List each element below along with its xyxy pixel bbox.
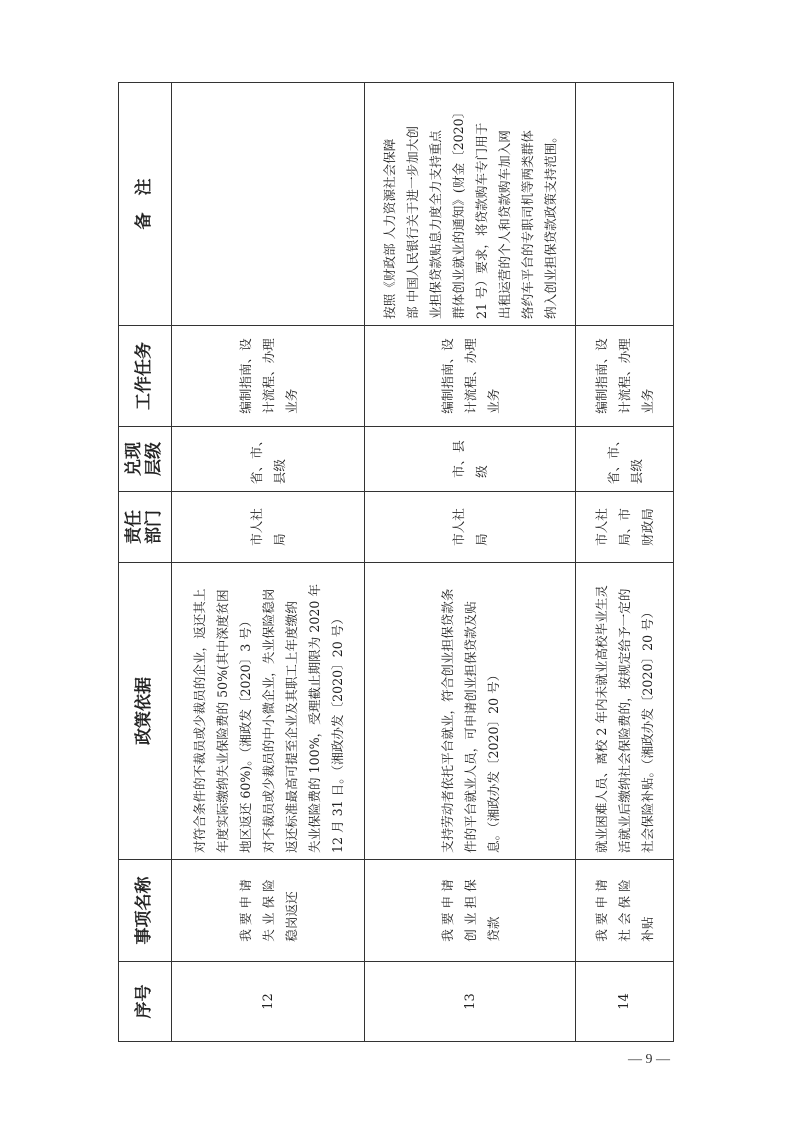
cell-basis-line: 就业困难人员、离校 2 年内未就业高校毕业生灵 xyxy=(590,569,613,853)
cell-note-line: 业担保贷款贴息力度全力支持重点 xyxy=(424,89,447,319)
cell-name: 我 要 申 请失 业 保 险稳岗返还 xyxy=(172,860,365,962)
header-level-line2: 层级 xyxy=(145,427,165,491)
cell-name-content: 我 要 申 请创 业 担 保贷款 xyxy=(436,879,505,941)
cell-basis: 对符合条件的不裁员或少裁员的企业，返还其上年度实际缴纳失业保险费的 50%(其中… xyxy=(172,563,365,860)
cell-name-line: 贷款 xyxy=(482,879,505,941)
cell-department: 市人社局、市财政局 xyxy=(576,492,674,563)
cell-note-line: 络约车平台的专职司机等两类群体 xyxy=(516,89,539,319)
cell-level-line: 省、市、 xyxy=(245,434,268,484)
cell-name-content: 我 要 申 请社 会 保 险补贴 xyxy=(590,879,659,941)
cell-basis-line: 件的平台就业人员，可申请创业担保贷款及贴 xyxy=(459,569,482,853)
cell-basis-content: 就业困难人员、离校 2 年内未就业高校毕业生灵活就业后缴纳社会保险费的，按规定给… xyxy=(588,563,661,859)
header-task: 工作任务 xyxy=(119,326,172,427)
cell-note xyxy=(172,83,365,326)
cell-name-line: 社 会 保 险 xyxy=(613,879,636,941)
header-name: 事项名称 xyxy=(119,860,172,962)
cell-name-line: 补贴 xyxy=(636,879,659,941)
table-header-row: 序号 事项名称 政策依据 责任 部门 兑现 层级 工作任务 备 注 xyxy=(119,83,172,1042)
cell-basis-line: 支持劳动者依托平台就业，符合创业担保贷款条 xyxy=(436,569,459,853)
cell-note: 按照《财政部 人力资源社会保障部 中国人民银行关于进一步加大创业担保贷款贴息力度… xyxy=(365,83,576,326)
cell-level: 省、市、县级 xyxy=(172,427,365,492)
cell-name-line: 我 要 申 请 xyxy=(590,879,613,941)
cell-level: 市、县级 xyxy=(365,427,576,492)
cell-basis-line: 年度实际缴纳失业保险费的 50%(其中深度贫困 xyxy=(211,569,234,853)
cell-level-line: 级 xyxy=(470,440,493,478)
header-level: 兑现 层级 xyxy=(119,427,172,492)
rotated-table-container: 序号 事项名称 政策依据 责任 部门 兑现 层级 工作任务 备 注 12我 要 … xyxy=(118,83,672,1042)
cell-name-line: 失 业 保 险 xyxy=(257,879,280,941)
header-note: 备 注 xyxy=(119,83,172,326)
cell-note-line: 纳入创业担保贷款政策支持范围。 xyxy=(539,89,562,319)
table-row: 12我 要 申 请失 业 保 险稳岗返还对符合条件的不裁员或少裁员的企业，返还其… xyxy=(172,83,365,1042)
cell-basis-line: 对符合条件的不裁员或少裁员的企业，返还其上 xyxy=(188,569,211,853)
cell-basis-line: 返还标准最高可提至企业及其职工上年度缴纳 xyxy=(280,569,303,853)
page-number: — 9 — xyxy=(628,1052,670,1068)
cell-task: 编制指南、设计流程、办理业务 xyxy=(576,326,674,427)
cell-index: 12 xyxy=(172,962,365,1042)
table-row: 14我 要 申 请社 会 保 险补贴就业困难人员、离校 2 年内未就业高校毕业生… xyxy=(576,83,674,1042)
cell-task-line: 计流程、办理 xyxy=(459,338,482,414)
cell-name-line: 创 业 担 保 xyxy=(459,879,482,941)
cell-task-line: 业务 xyxy=(482,338,505,414)
cell-note-line: 群体创业就业的通知》(财金〔2020〕 xyxy=(447,89,470,319)
cell-note-line: 21 号）要求，将贷款购车专门用于 xyxy=(470,89,493,319)
header-basis: 政策依据 xyxy=(119,563,172,860)
cell-task: 编制指南、设计流程、办理业务 xyxy=(172,326,365,427)
cell-name: 我 要 申 请创 业 担 保贷款 xyxy=(365,860,576,962)
cell-department-line: 市人社 xyxy=(245,508,268,546)
cell-department-line: 局 xyxy=(268,508,291,546)
header-department: 责任 部门 xyxy=(119,492,172,563)
cell-name-line: 我 要 申 请 xyxy=(234,879,257,941)
cell-department: 市人社局 xyxy=(172,492,365,563)
cell-note-line: 按照《财政部 人力资源社会保障 xyxy=(378,89,401,319)
cell-department-content: 市人社局 xyxy=(447,508,493,546)
cell-task: 编制指南、设计流程、办理业务 xyxy=(365,326,576,427)
cell-level-content: 省、市、县级 xyxy=(602,434,648,484)
cell-level: 省、市、县级 xyxy=(576,427,674,492)
table-row: 13我 要 申 请创 业 担 保贷款支持劳动者依托平台就业，符合创业担保贷款条件… xyxy=(365,83,576,1042)
cell-task-line: 业务 xyxy=(280,338,303,414)
cell-task-line: 编制指南、设 xyxy=(590,338,613,414)
cell-department-line: 局、市 xyxy=(613,508,636,546)
cell-department-line: 局 xyxy=(470,508,493,546)
cell-basis: 支持劳动者依托平台就业，符合创业担保贷款条件的平台就业人员，可申请创业担保贷款及… xyxy=(365,563,576,860)
cell-task-line: 编制指南、设 xyxy=(234,338,257,414)
cell-task-line: 计流程、办理 xyxy=(257,338,280,414)
policy-table: 序号 事项名称 政策依据 责任 部门 兑现 层级 工作任务 备 注 12我 要 … xyxy=(118,82,674,1042)
cell-basis-content: 对符合条件的不裁员或少裁员的企业，返还其上年度实际缴纳失业保险费的 50%(其中… xyxy=(186,563,351,859)
cell-basis-line: 对不裁员或少裁员的中小微企业，失业保险稳岗 xyxy=(257,569,280,853)
cell-level-content: 省、市、县级 xyxy=(245,434,291,484)
cell-note-content xyxy=(266,83,270,325)
cell-note-line: 出租运营的个人和贷款购车加入网 xyxy=(493,89,516,319)
cell-name-content: 我 要 申 请失 业 保 险稳岗返还 xyxy=(234,879,303,941)
cell-basis-line: 活就业后缴纳社会保险费的，按规定给予一定的 xyxy=(613,569,636,853)
cell-basis-line: 社会保险补贴。（湘政办发〔2020〕20 号） xyxy=(636,569,659,853)
cell-basis-content: 支持劳动者依托平台就业，符合创业担保贷款条件的平台就业人员，可申请创业担保贷款及… xyxy=(434,563,507,859)
cell-name: 我 要 申 请社 会 保 险补贴 xyxy=(576,860,674,962)
cell-basis-line: 12 月 31 日。（湘政办发〔2020〕20 号） xyxy=(326,569,349,853)
cell-basis-line: 失业保险费的 100%，受理截止期限为 2020 年 xyxy=(303,569,326,853)
cell-task-content: 编制指南、设计流程、办理业务 xyxy=(590,338,659,414)
cell-level-content: 市、县级 xyxy=(447,440,493,478)
cell-note-content: 按照《财政部 人力资源社会保障部 中国人民银行关于进一步加大创业担保贷款贴息力度… xyxy=(376,83,564,325)
cell-basis: 就业困难人员、离校 2 年内未就业高校毕业生灵活就业后缴纳社会保险费的，按规定给… xyxy=(576,563,674,860)
cell-task-line: 业务 xyxy=(636,338,659,414)
cell-level-line: 县级 xyxy=(268,434,291,484)
cell-level-line: 市、县 xyxy=(447,440,470,478)
cell-department-line: 市人社 xyxy=(590,508,613,546)
cell-index: 14 xyxy=(576,962,674,1042)
cell-note-content xyxy=(623,83,627,325)
cell-index: 13 xyxy=(365,962,576,1042)
cell-level-line: 县级 xyxy=(625,434,648,484)
cell-note-line: 部 中国人民银行关于进一步加大创 xyxy=(401,89,424,319)
header-department-line2: 部门 xyxy=(145,492,165,562)
cell-department-line: 市人社 xyxy=(447,508,470,546)
cell-note xyxy=(576,83,674,326)
cell-name-line: 我 要 申 请 xyxy=(436,879,459,941)
cell-basis-line: 息。（湘政办发〔2020〕20 号） xyxy=(482,569,505,853)
cell-department-line: 财政局 xyxy=(636,508,659,546)
cell-department-content: 市人社局、市财政局 xyxy=(590,508,659,546)
header-index: 序号 xyxy=(119,962,172,1042)
cell-task-content: 编制指南、设计流程、办理业务 xyxy=(234,338,303,414)
cell-task-content: 编制指南、设计流程、办理业务 xyxy=(436,338,505,414)
cell-task-line: 计流程、办理 xyxy=(613,338,636,414)
cell-department: 市人社局 xyxy=(365,492,576,563)
cell-task-line: 编制指南、设 xyxy=(436,338,459,414)
header-department-line1: 责任 xyxy=(125,492,145,562)
cell-name-line: 稳岗返还 xyxy=(280,879,303,941)
header-level-line1: 兑现 xyxy=(125,427,145,491)
cell-basis-line: 地区返还 60%)。（湘政发〔2020〕3 号） xyxy=(234,569,257,853)
cell-department-content: 市人社局 xyxy=(245,508,291,546)
cell-level-line: 省、市、 xyxy=(602,434,625,484)
